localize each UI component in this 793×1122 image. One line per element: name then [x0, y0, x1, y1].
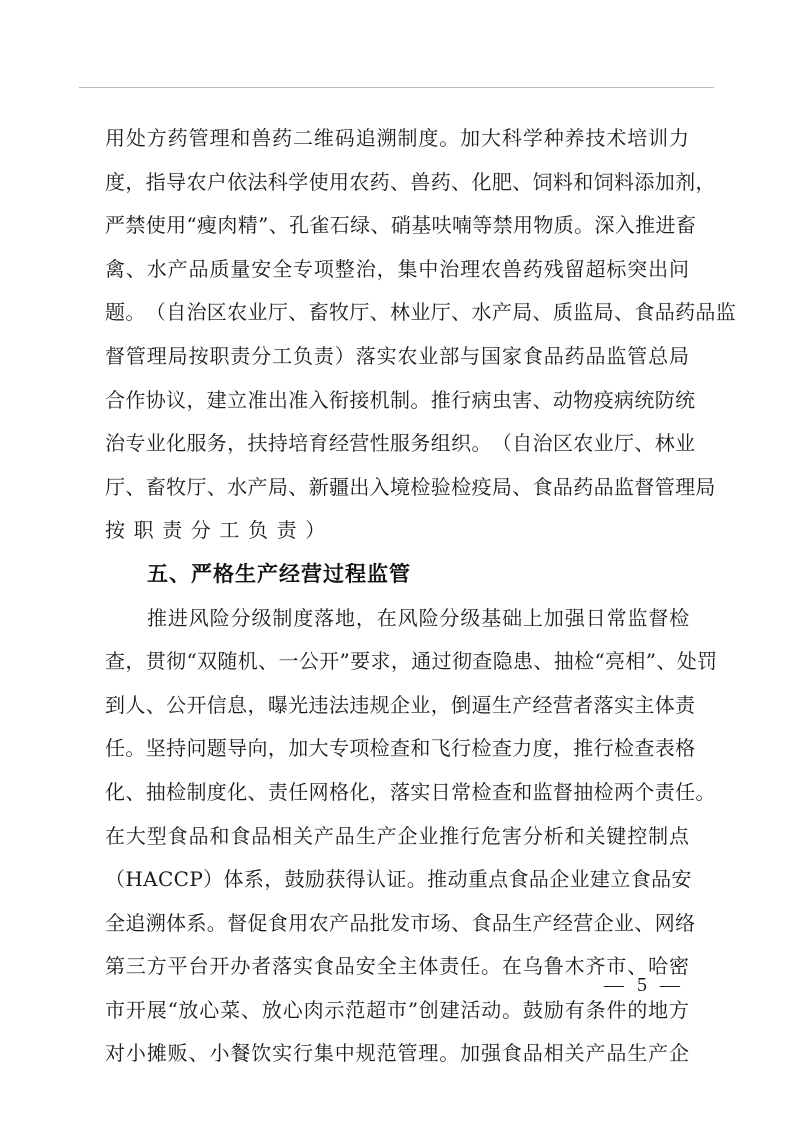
paragraph-line: 第 三 方 平 台 开 办 者 落 实 食 品 安 全 主 体 责 任 。 在 …: [105, 945, 689, 989]
document-body: 用 处 方 药 管 理 和 兽 药 二 维 码 追 溯 制 度 。 加 大 科 …: [105, 117, 689, 1076]
paragraph-line: 度 ， 指 导 农 户 依 法 科 学 使 用 农 药 、 兽 药 、 化 肥 …: [105, 161, 689, 205]
paragraph-line: 治 专 业 化 服 务 ， 扶 持 培 育 经 营 性 服 务 组 织 。 （ …: [105, 422, 689, 466]
section-heading: 五、严格生产经营过程监管: [105, 553, 689, 597]
paragraph-line: 化 、 抽 检 制 度 化 、 责 任 网 格 化 ， 落 实 日 常 检 查 …: [105, 771, 689, 815]
paragraph-line: 严 禁 使 用 “ 瘦 肉 精 ” 、 孔 雀 石 绿 、 硝 基 呋 喃 等 …: [105, 204, 689, 248]
paragraph-line: 推 进 风 险 分 级 制 度 落 地 ， 在 风 险 分 级 基 础 上 加 …: [105, 597, 689, 641]
paragraph-line: 在 大 型 食 品 和 食 品 相 关 产 品 生 产 企 业 推 行 危 害 …: [105, 815, 689, 859]
header-rule: [79, 87, 714, 88]
paragraph-line: 题 。 （ 自 治 区 农 业 厅 、 畜 牧 厅 、 林 业 厅 、 水 产 …: [105, 291, 689, 335]
paragraph-line: 禽 、 水 产 品 质 量 安 全 专 项 整 治 ， 集 中 治 理 农 兽 …: [105, 248, 689, 292]
paragraph-line: 全 追 溯 体 系 。 督 促 食 用 农 产 品 批 发 市 场 、 食 品 …: [105, 902, 689, 946]
paragraph-line: 任 。 坚 持 问 题 导 向 ， 加 大 专 项 检 查 和 飞 行 检 查 …: [105, 727, 689, 771]
paragraph-line: 按职责分工负责）: [105, 509, 689, 553]
paragraph-line: 督 管 理 局 按 职 责 分 工 负 责 ） 落 实 农 业 部 与 国 家 …: [105, 335, 689, 379]
continued-paragraph: 用 处 方 药 管 理 和 兽 药 二 维 码 追 溯 制 度 。 加 大 科 …: [105, 117, 689, 553]
page-number: — 5 —: [604, 974, 684, 997]
paragraph-line: （ H A C C P ） 体 系 ， 鼓 励 获 得 认 证 。 推 动 重 …: [105, 858, 689, 902]
paragraph-line: 合 作 协 议 ， 建 立 准 出 准 入 衔 接 机 制 。 推 行 病 虫 …: [105, 379, 689, 423]
paragraph-line: 查 ， 贯 彻 “ 双 随 机 、 一 公 开 ” 要 求 ， 通 过 彻 查 …: [105, 640, 689, 684]
paragraph-line: 对 小 摊 贩 、 小 餐 饮 实 行 集 中 规 范 管 理 。 加 强 食 …: [105, 1032, 689, 1076]
paragraph-line: 用 处 方 药 管 理 和 兽 药 二 维 码 追 溯 制 度 。 加 大 科 …: [105, 117, 689, 161]
paragraph-line: 市 开 展 “ 放 心 菜 、 放 心 肉 示 范 超 市 ” 创 建 活 动 …: [105, 989, 689, 1033]
section-paragraph: 推 进 风 险 分 级 制 度 落 地 ， 在 风 险 分 级 基 础 上 加 …: [105, 597, 689, 1077]
paragraph-line: 到 人 、 公 开 信 息 ， 曝 光 违 法 违 规 企 业 ， 倒 逼 生 …: [105, 684, 689, 728]
paragraph-line: 厅 、 畜 牧 厅 、 水 产 局 、 新 疆 出 入 境 检 验 检 疫 局 …: [105, 466, 689, 510]
